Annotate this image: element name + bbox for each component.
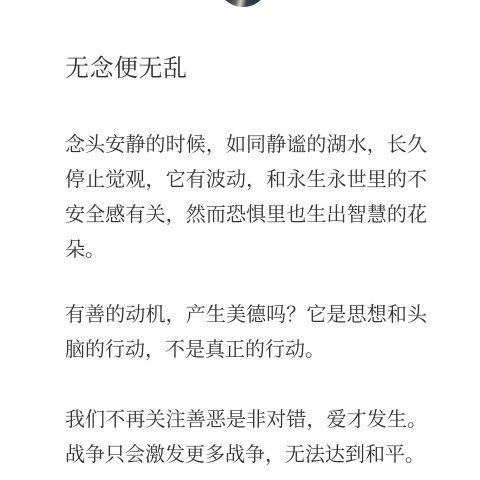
avatar[interactable] bbox=[217, 0, 269, 7]
page-title: 无念便无乱 bbox=[65, 52, 188, 86]
article-paragraph: 有善的动机，产生美德吗？它是思想和头脑的行动，不是真正的行动。 bbox=[65, 298, 427, 368]
article-paragraph: 念头安静的时候，如同静谧的湖水，长久停止觉观，它有波动，和永生永世里的不安全感有… bbox=[65, 128, 427, 268]
article-page: 无念便无乱 念头安静的时候，如同静谧的湖水，长久停止觉观，它有波动，和永生永世里… bbox=[0, 0, 480, 480]
article-paragraph: 我们不再关注善恶是非对错，爱才发生。战争只会激发更多战争，无法达到和平。 bbox=[65, 403, 427, 473]
